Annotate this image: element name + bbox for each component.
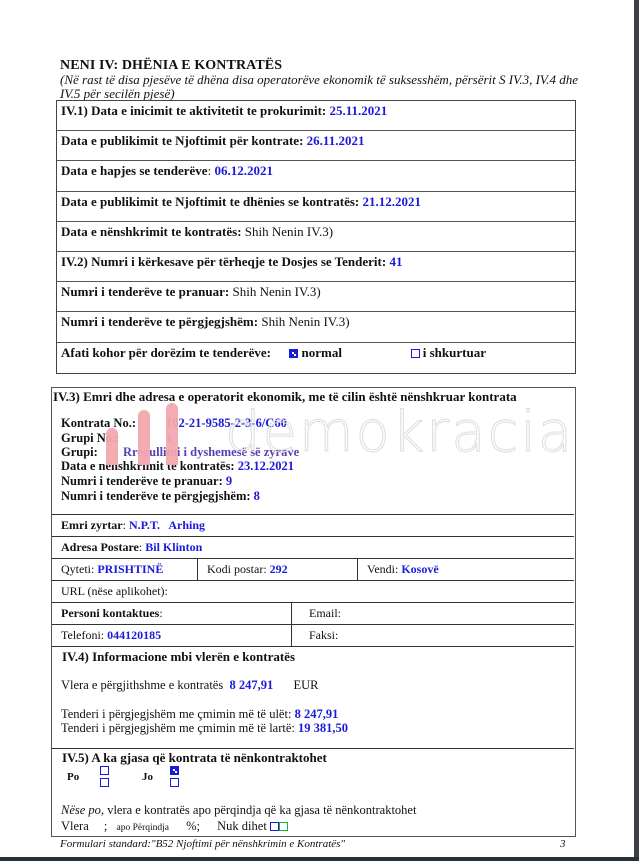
row-initiation-date: IV.1) Data e inicimit te aktivitetit te … [57,101,575,131]
divider [52,580,574,581]
if-yes-note: Nëse po, vlera e kontratës apo përqindja… [61,803,416,818]
group-number-field: Grupi No.:1 [61,431,172,446]
email-field: Email: [309,606,341,621]
divider [52,748,574,749]
contractor-section-title: IV.3) Emri dhe adresa e operatorit ekono… [52,389,517,405]
divider [197,558,198,580]
row-submission-deadline: Afati kohor për dorëzim te tenderëve: no… [57,343,575,373]
subcontract-section-title: IV.5) A ka gjasa që kontrata të nënkontr… [61,750,327,766]
no-checkbox-icon[interactable] [170,778,179,787]
lowest-price-field: Tenderi i përgjegjshëm me çmimin më të u… [61,707,338,722]
postal-address-field: Adresa Postare: Bil Klinton [61,540,202,555]
viewer-scroll-edge [634,0,639,861]
divider [52,624,574,625]
row-signing-date: Data e nënshkrimit te kontratës: Shih Ne… [57,222,575,252]
unknown-checkbox-icon[interactable] [270,822,279,831]
official-name-field: Emri zyrtar: N.P.T. Arhing [61,518,205,533]
divider [52,646,574,647]
yes-checkbox-icon[interactable] [100,778,109,787]
divider [52,514,574,515]
section-note: (Në rast të disa pjesëve të dhëna disa o… [60,73,580,101]
viewer-bottom-edge [0,857,639,861]
accepted-tenders-field: Numri i tenderëve te pranuar: 9 [61,474,232,489]
document-page: NENI IV: DHËNIA E KONTRATËS (Në rast të … [0,0,634,857]
row-tender-opening-date: Data e hapjes se tenderëve: 06.12.2021 [57,161,575,191]
no-label: Jo [142,771,153,783]
city-field: Qyteti: PRISHTINË [61,562,163,577]
url-field: URL (nëse aplikohet): [61,584,168,599]
divider [52,602,574,603]
divider [357,558,358,580]
row-award-notice-date: Data e publikimit te Njoftimit te dhënie… [57,192,575,222]
phone-field: Telefoni: 044120185 [61,628,161,643]
yes-label: Po [67,771,79,783]
value-section-title: IV.4) Informacione mbi vlerën e kontratë… [61,649,295,665]
responsive-tenders-field: Numri i tenderëve te përgjegjshëm: 8 [61,489,260,504]
contract-number-field: Kontrata No.:102-21-9585-2-3-6/C60 [61,416,287,431]
signing-date-field: Data e nënshkrimit te kontratës: 23.12.2… [61,459,294,474]
page-number: 3 [560,838,566,850]
deadline-short-option[interactable]: i shkurtuar [411,345,486,360]
row-responsive-tenders: Numri i tenderëve te përgjegjshëm: Shih … [57,312,575,342]
highest-price-field: Tenderi i përgjegjshëm me çmimin më të l… [61,721,348,736]
total-value-field: Vlera e përgjithshme e kontratës 8 247,9… [61,678,318,693]
checkbox-icon[interactable] [411,349,420,358]
contractor-table: IV.3) Emri dhe adresa e operatorit ekono… [51,387,576,837]
no-checkbox-checked-icon[interactable] [170,766,179,775]
award-dates-table: IV.1) Data e inicimit te aktivitetit te … [56,100,576,374]
postal-code-field: Kodi postar: 292 [207,562,288,577]
divider [52,536,574,537]
subcontract-value-row: Vlera ; apo Përqindja %; Nuk dihet [61,819,288,834]
contact-person-field: Personi kontaktues: [61,606,163,621]
row-accepted-tenders: Numri i tenderëve te pranuar: Shih Nenin… [57,282,575,312]
footer-form-name: Formulari standard:"B52 Njoftimi për nën… [60,838,345,850]
group-field: Grupi:Rregullimi i dyshemesë së zyrave [61,445,299,460]
divider [52,558,574,559]
fax-field: Faksi: [309,628,338,643]
checkbox-checked-icon[interactable] [289,349,298,358]
unknown-checkbox-green-icon[interactable] [279,822,288,831]
row-contract-notice-date: Data e publikimit te Njoftimit për kontr… [57,131,575,161]
country-field: Vendi: Kosovë [367,562,439,577]
yes-checkbox-icon[interactable] [100,766,109,775]
divider [291,602,292,646]
deadline-normal-option[interactable]: normal [289,345,407,361]
row-dossier-requests: IV.2) Numri i kërkesave për tërheqje te … [57,252,575,282]
